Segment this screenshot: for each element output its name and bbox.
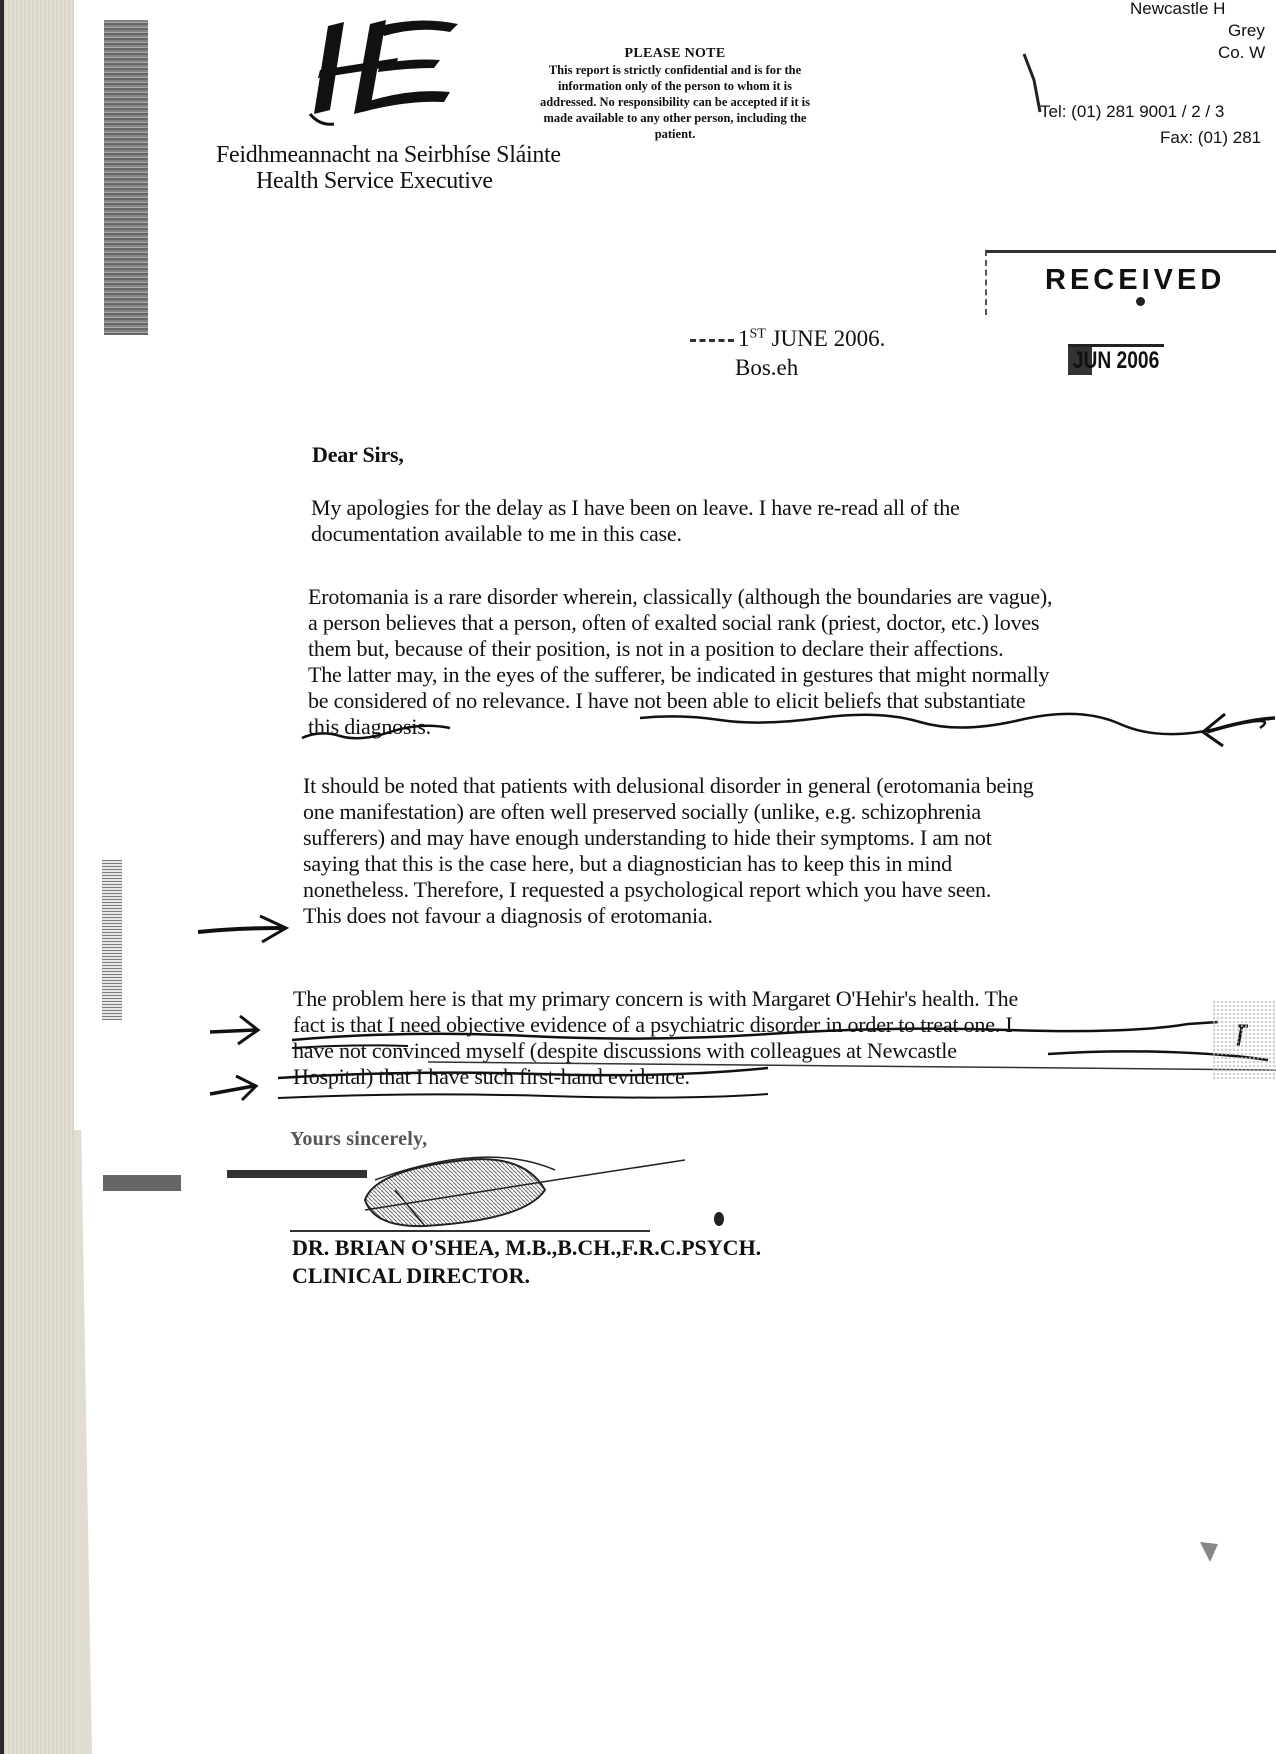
text-line: sufferers) and may have enough understan… <box>303 825 1034 851</box>
letter-date: 1ST JUNE 2006. <box>690 326 885 352</box>
reference-code: Bos.eh <box>735 355 798 381</box>
scanner-margin-edge <box>74 1130 92 1754</box>
text-line: nonetheless. Therefore, I requested a ps… <box>303 877 1034 903</box>
salutation: Dear Sirs, <box>312 442 404 468</box>
signature-line <box>290 1230 650 1232</box>
right-arrow-annotation <box>196 910 296 950</box>
right-arrow-annotation <box>206 1010 266 1050</box>
notice-line: information only of the person to whom i… <box>525 78 825 94</box>
received-date-stamp: JUN 2006 <box>1068 344 1164 375</box>
text-line: The latter may, in the eyes of the suffe… <box>308 662 1052 688</box>
signer-title: CLINICAL DIRECTOR. <box>292 1262 761 1290</box>
text-line: This does not favour a diagnosis of erot… <box>303 903 1034 929</box>
fax: Fax: (01) 281 <box>1160 128 1261 148</box>
received-stamp: RECEIVED <box>1045 264 1225 297</box>
address-block: Newcastle H Grey Co. W <box>1080 2 1276 64</box>
address-line: Co. W <box>1218 42 1276 64</box>
text-line: a person believes that a person, often o… <box>308 610 1052 636</box>
notice-line: patient. <box>525 126 825 142</box>
text-line: one manifestation) are often well preser… <box>303 799 1034 825</box>
scan-artifact-strip <box>104 20 148 335</box>
date-rest: JUNE 2006. <box>772 326 886 351</box>
signature-icon <box>225 1150 685 1230</box>
text-line: It should be noted that patients with de… <box>303 773 1034 799</box>
paragraph-1: My apologies for the delay as I have bee… <box>311 495 960 547</box>
text-line: documentation available to me in this ca… <box>311 521 960 547</box>
date-dash <box>690 339 734 342</box>
paragraph-3: It should be noted that patients with de… <box>303 773 1034 929</box>
right-arrow-annotation <box>206 1070 266 1106</box>
text-line: saying that this is the case here, but a… <box>303 851 1034 877</box>
text-line: My apologies for the delay as I have bee… <box>311 495 960 521</box>
text-line: Erotomania is a rare disorder wherein, c… <box>308 584 1052 610</box>
date-day: 1 <box>738 326 750 351</box>
notice-line: This report is strictly confidential and… <box>525 62 825 78</box>
ink-dot <box>1136 297 1145 306</box>
ink-dot <box>714 1212 724 1226</box>
scanner-margin <box>0 0 74 1754</box>
telephone: Tel: (01) 281 9001 / 2 / 3 <box>1040 102 1224 122</box>
signer-block: DR. BRIAN O'SHEA, M.B.,B.CH.,F.R.C.PSYCH… <box>292 1234 761 1290</box>
text-line: them but, because of their position, is … <box>308 636 1052 662</box>
hse-logo-icon <box>300 18 460 128</box>
scan-artifact-strip <box>102 860 122 1020</box>
left-arrow-annotation <box>1195 702 1276 752</box>
notice-line: addressed. No responsibility can be acce… <box>525 94 825 110</box>
scan-noise <box>1212 1000 1276 1080</box>
org-name-english: Health Service Executive <box>256 168 493 195</box>
wavy-underline-annotation <box>208 1000 1276 1100</box>
scan-smudge <box>1196 1538 1222 1564</box>
scan-artifact-strip <box>103 1175 181 1191</box>
closing: Yours sincerely, <box>290 1128 427 1151</box>
address-line: Grey <box>1228 20 1276 42</box>
wavy-underline-annotation <box>300 710 1276 755</box>
address-line: Newcastle H <box>1130 0 1276 20</box>
notice-line: made available to any other person, incl… <box>525 110 825 126</box>
org-name-irish: Feidhmeannacht na Seirbhíse Sláinte <box>216 142 561 169</box>
date-suffix: ST <box>750 326 766 341</box>
signer-name: DR. BRIAN O'SHEA, M.B.,B.CH.,F.R.C.PSYCH… <box>292 1234 761 1262</box>
notice-title: PLEASE NOTE <box>525 46 825 62</box>
confidentiality-notice: PLEASE NOTE This report is strictly conf… <box>525 46 825 142</box>
